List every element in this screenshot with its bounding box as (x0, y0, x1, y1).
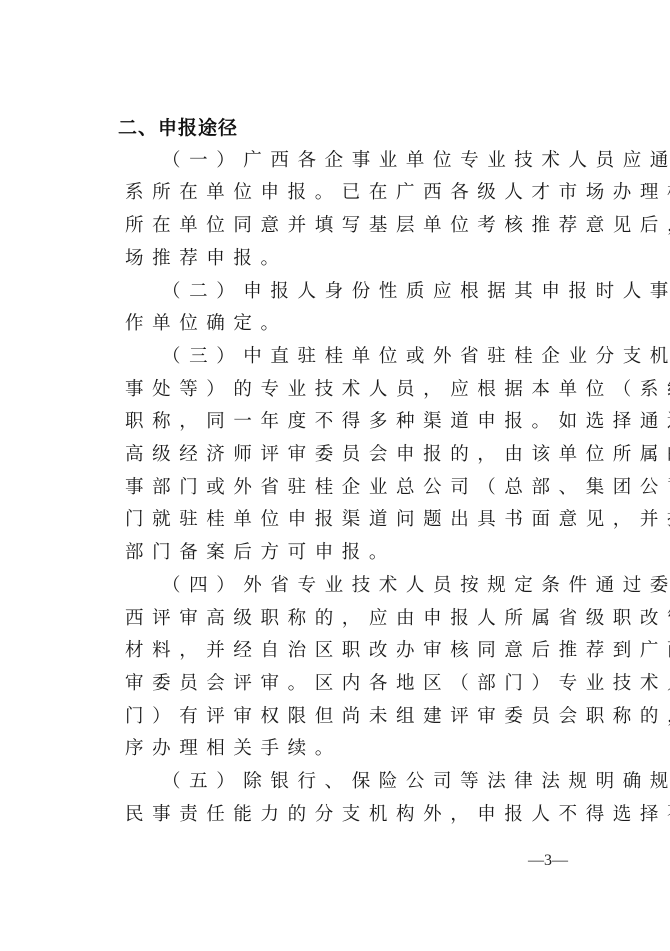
text-line: 审委员会评审。区内各地区（部门）专业技术人员申报本地区（部 (88, 668, 588, 701)
paragraph-item-5: （五）除银行、保险公司等法律法规明确规定具有独立承担 民事责任能力的分支机构外，… (88, 766, 588, 831)
document-body: 二、申报途径 （一）广西各企事业单位专业技术人员应通过其人事劳动关 系所在单位申… (88, 112, 588, 831)
document-page: 二、申报途径 （一）广西各企事业单位专业技术人员应通过其人事劳动关 系所在单位申… (0, 0, 670, 951)
text-line: （三）中直驻桂单位或外省驻桂企业分支机构（分公司、办 (88, 341, 588, 374)
section-heading: 二、申报途径 (88, 112, 588, 145)
text-line: 门就驻桂单位申报渠道问题出具书面意见，并报评委会所属职改 (88, 504, 588, 537)
paragraph-item-2: （二）申报人身份性质应根据其申报时人事劳动关系所在工 作单位确定。 (88, 276, 588, 341)
paragraph-item-4: （四）外省专业技术人员按规定条件通过委托评审方式到广 西评审高级职称的，应由申报… (88, 570, 588, 766)
page-number: —3— (528, 852, 568, 870)
text-line: 门）有评审权限但尚未组建评审委员会职称的，参照委托评审程 (88, 701, 588, 734)
text-line: 材料，并经自治区职改办审核同意后推荐到广西相应系列高级评 (88, 635, 588, 668)
text-line: 系所在单位申报。已在广西各级人才市场办理档案托管的，可经 (88, 177, 588, 210)
text-line: （五）除银行、保险公司等法律法规明确规定具有独立承担 (88, 766, 588, 799)
text-line: 高级经济师评审委员会申报的，由该单位所属的中直单位组织人 (88, 439, 588, 472)
text-line: 序办理相关手续。 (88, 733, 588, 766)
paragraph-item-3: （三）中直驻桂单位或外省驻桂企业分支机构（分公司、办 事处等）的专业技术人员，应… (88, 341, 588, 570)
text-line: 职称，同一年度不得多种渠道申报。如选择通过广西壮族自治区 (88, 406, 588, 439)
text-line: 部门备案后方可申报。 (88, 537, 588, 570)
text-line: 场推荐申报。 (88, 243, 588, 276)
text-line: 所在单位同意并填写基层单位考核推荐意见后，通过各级人才市 (88, 210, 588, 243)
text-line: （一）广西各企事业单位专业技术人员应通过其人事劳动关 (88, 145, 588, 178)
text-line: 事部门或外省驻桂企业总公司（总部、集团公司）人力资源管理部 (88, 472, 588, 505)
paragraph-item-1: （一）广西各企事业单位专业技术人员应通过其人事劳动关 系所在单位申报。已在广西各… (88, 145, 588, 276)
text-line: 民事责任能力的分支机构外，申报人不得选择不具有独立法人资 (88, 799, 588, 832)
text-line: （二）申报人身份性质应根据其申报时人事劳动关系所在工 (88, 276, 588, 309)
text-line: 西评审高级职称的，应由申报人所属省级职改管理部门出具委托 (88, 603, 588, 636)
text-line: 事处等）的专业技术人员，应根据本单位（系统）统一渠道申报 (88, 374, 588, 407)
text-line: （四）外省专业技术人员按规定条件通过委托评审方式到广 (88, 570, 588, 603)
text-line: 作单位确定。 (88, 308, 588, 341)
